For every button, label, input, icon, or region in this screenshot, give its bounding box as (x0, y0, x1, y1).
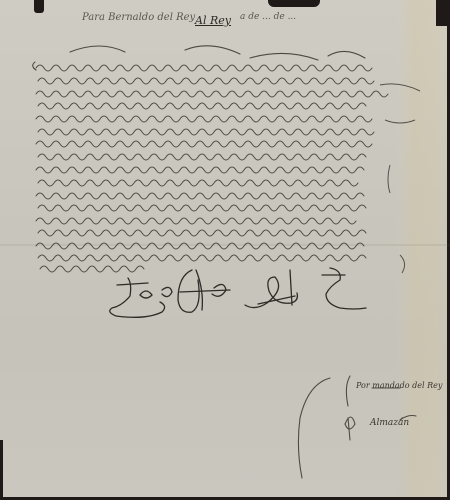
manuscript-page: Para Bernaldo del Rey Al Rey a de ... de… (0, 0, 450, 500)
countersign-line1: Por mandado del Rey (356, 381, 442, 390)
countersign-line2: Almazán (370, 418, 409, 428)
